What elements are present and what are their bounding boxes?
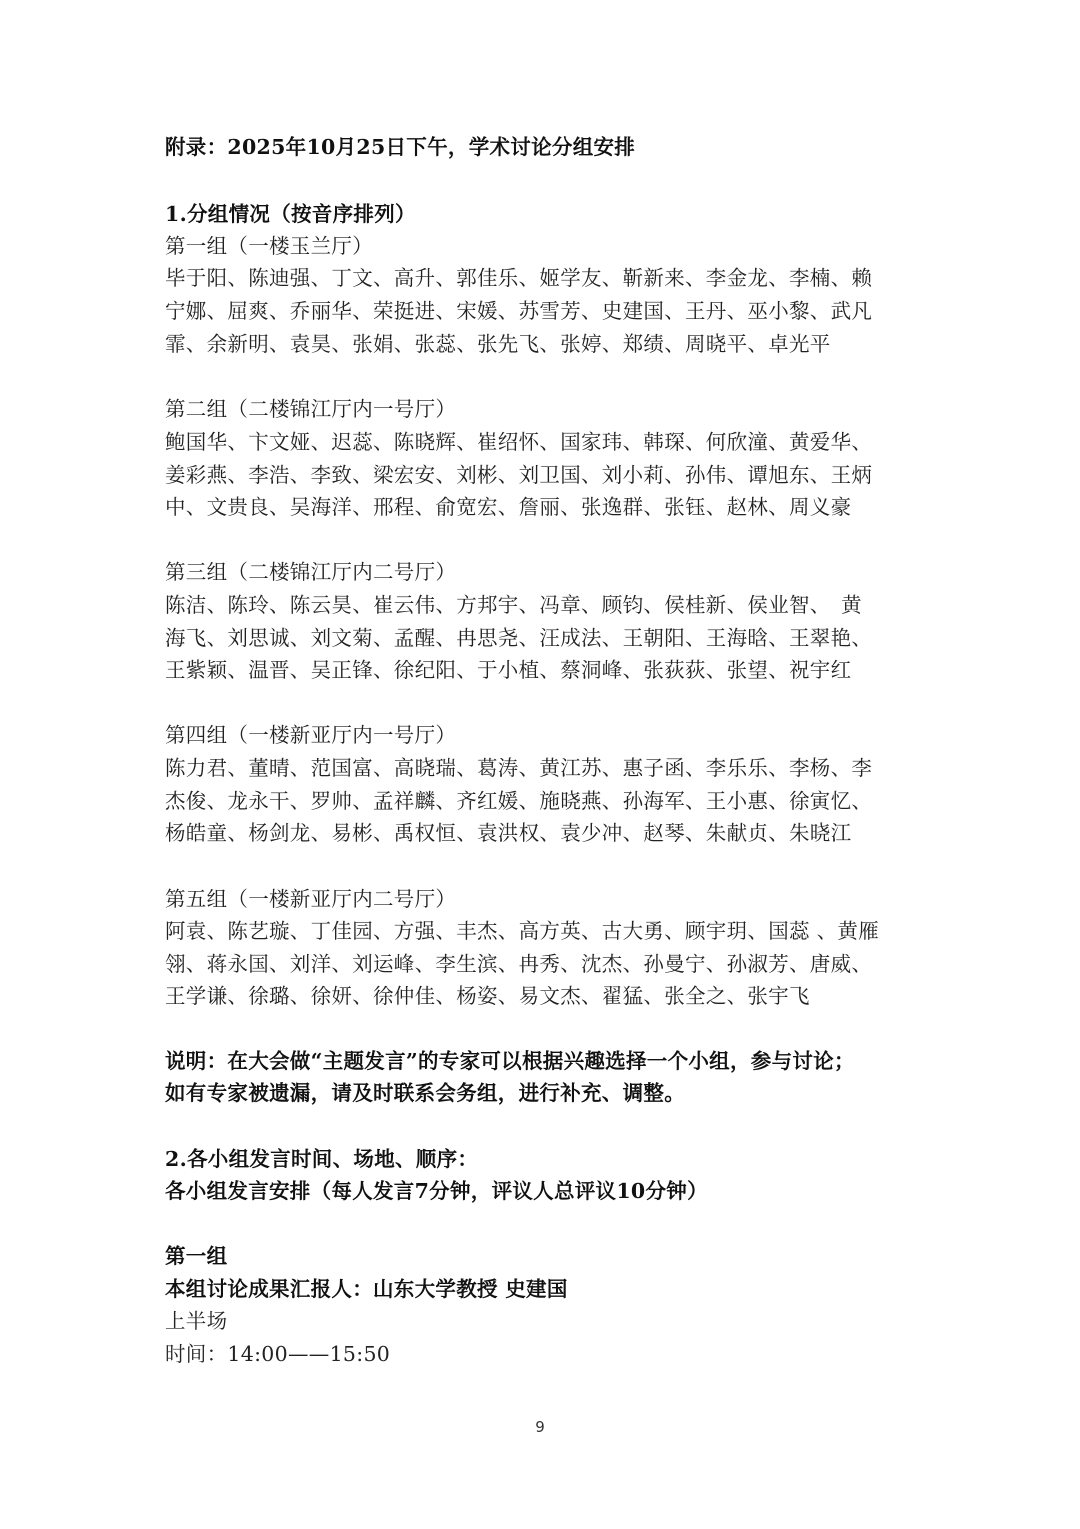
session-time: 时间：14:00——15:50: [165, 1341, 390, 1367]
group1-members-line: 霏、余新明、袁昊、张娟、张蕊、张先飞、张婷、郑绩、周晓平、卓光平: [165, 331, 831, 357]
section2-subheading: 各小组发言安排（每人发言7分钟，评议人总评议10分钟）: [165, 1178, 708, 1204]
group5-members-line: 王学谦、徐璐、徐妍、徐仲佳、杨姿、易文杰、翟猛、张全之、张宇飞: [165, 983, 810, 1009]
group-reporter: 本组讨论成果汇报人：山东大学教授 史建国: [165, 1276, 568, 1302]
group4-members-line: 杰俊、龙永干、罗帅、孟祥麟、齐红媛、施晓燕、孙海军、王小惠、徐寅忆、: [165, 788, 872, 814]
group5-label: 第五组（一楼新亚厅内二号厅）: [165, 886, 456, 912]
note-line: 如有专家被遗漏，请及时联系会务组，进行补充、调整。: [165, 1080, 685, 1106]
section1-heading: 1.分组情况（按音序排列）: [165, 201, 416, 227]
page-number: 9: [0, 1418, 1080, 1436]
group1-members-line: 宁娜、屈爽、乔丽华、荣挺进、宋媛、苏雪芳、史建国、王丹、巫小黎、武凡: [165, 298, 872, 324]
section2-heading: 2.各小组发言时间、场地、顺序：: [165, 1146, 478, 1172]
group4-members-line: 陈力君、董晴、范国富、高晓瑞、葛涛、黄江苏、惠子函、李乐乐、李杨、李: [165, 755, 872, 781]
group2-members-line: 姜彩燕、李浩、李致、梁宏安、刘彬、刘卫国、刘小莉、孙伟、谭旭东、王炳: [165, 462, 872, 488]
group2-label: 第二组（二楼锦江厅内一号厅）: [165, 396, 456, 422]
group3-members-line: 海飞、刘思诚、刘文菊、孟醒、冉思尧、汪成法、王朝阳、王海晗、王翠艳、: [165, 625, 872, 651]
group3-label: 第三组（二楼锦江厅内二号厅）: [165, 559, 456, 585]
group2-members-line: 鲍国华、卞文娅、迟蕊、陈晓辉、崔绍怀、国家玮、韩琛、何欣潼、黄爱华、: [165, 429, 872, 455]
group1-label: 第一组（一楼玉兰厅）: [165, 233, 373, 259]
group2-members-line: 中、文贵良、吴海洋、邢程、俞宽宏、詹丽、张逸群、张钰、赵林、周义豪: [165, 494, 851, 520]
document-page: 附录：2025年10月25日下午，学术讨论分组安排 1.分组情况（按音序排列） …: [0, 0, 1080, 1529]
group5-members-line: 阿袁、陈艺璇、丁佳园、方强、丰杰、高方英、古大勇、顾宇玥、国蕊 、黄雁: [165, 918, 879, 944]
group4-label: 第四组（一楼新亚厅内一号厅）: [165, 722, 456, 748]
group3-members-line: 王紫颖、温晋、吴正锋、徐纪阳、于小植、蔡洞峰、张荻荻、张望、祝宇红: [165, 657, 851, 683]
schedule-group-label: 第一组: [165, 1243, 227, 1269]
session-half: 上半场: [165, 1308, 227, 1334]
group4-members-line: 杨皓童、杨剑龙、易彬、禹权恒、袁洪权、袁少冲、赵琴、朱献贞、朱晓江: [165, 820, 851, 846]
note-line: 说明：在大会做“主题发言”的专家可以根据兴趣选择一个小组，参与讨论；: [165, 1048, 855, 1074]
group1-members-line: 毕于阳、陈迪强、丁文、高升、郭佳乐、姬学友、靳新来、李金龙、李楠、赖: [165, 265, 872, 291]
document-title: 附录：2025年10月25日下午，学术讨论分组安排: [165, 134, 635, 160]
group5-members-line: 翎、蒋永国、刘洋、刘运峰、李生滨、冉秀、沈杰、孙曼宁、孙淑芳、唐威、: [165, 951, 872, 977]
group3-members-line: 陈洁、陈玲、陈云昊、崔云伟、方邦宇、冯章、顾钧、侯桂新、侯业智、 黄: [165, 592, 862, 618]
